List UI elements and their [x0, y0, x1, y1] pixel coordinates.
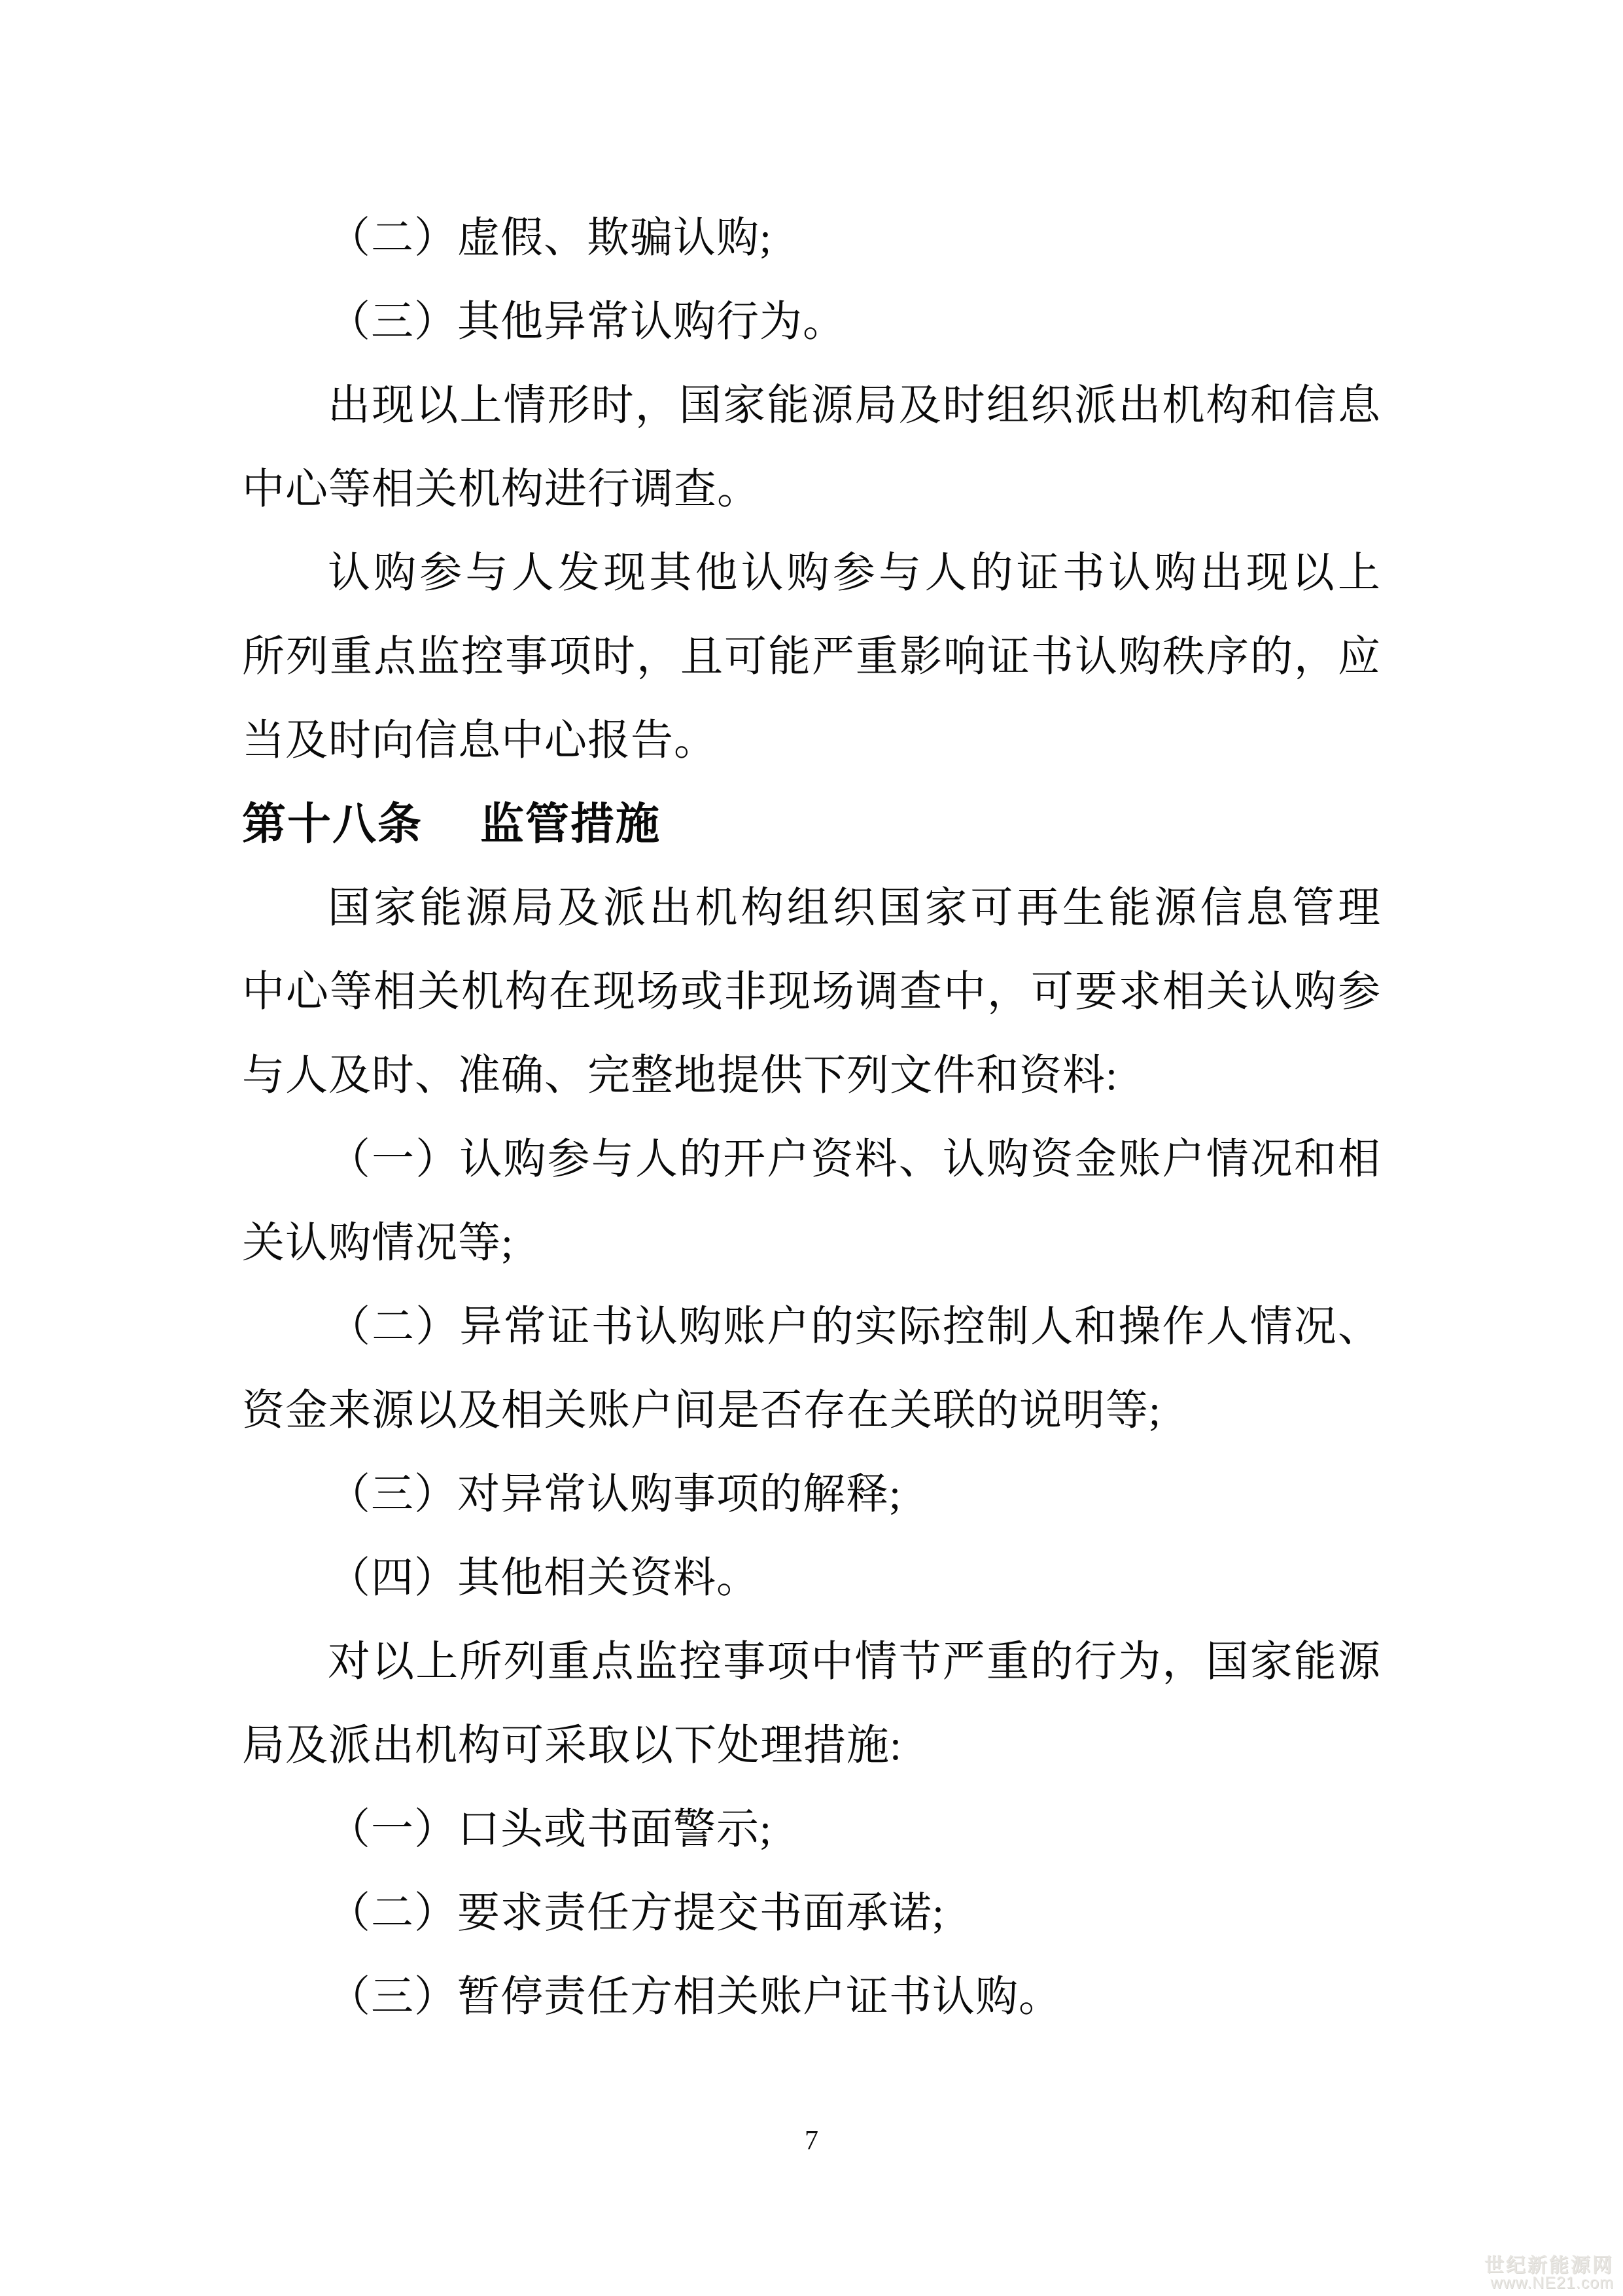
text-line: 中心等相关机构在现场或非现场调查中，可要求相关认购参 [242, 950, 1381, 1034]
text-line: 局及派出机构可采取以下处理措施: [242, 1704, 1381, 1788]
text-line: （一）认购参与人的开户资料、认购资金账户情况和相 [242, 1118, 1381, 1201]
watermark-site-url: www.NE21.com [1484, 2275, 1614, 2291]
document-body: （二）虚假、欺骗认购;（三）其他异常认购行为。出现以上情形时，国家能源局及时组织… [242, 196, 1381, 2039]
text-line: 中心等相关机构进行调查。 [242, 448, 1381, 531]
text-line: 关认购情况等; [242, 1201, 1381, 1285]
text-line: （二）虚假、欺骗认购; [242, 196, 1381, 280]
document-page: （二）虚假、欺骗认购;（三）其他异常认购行为。出现以上情形时，国家能源局及时组织… [0, 0, 1623, 2296]
text-line: （三）对异常认购事项的解释; [242, 1453, 1381, 1536]
text-line: （三）暂停责任方相关账户证书认购。 [242, 1955, 1381, 2039]
text-line: （二）异常证书认购账户的实际控制人和操作人情况、 [242, 1285, 1381, 1369]
text-line: 资金来源以及相关账户间是否存在关联的说明等; [242, 1369, 1381, 1453]
text-line: 认购参与人发现其他认购参与人的证书认购出现以上 [242, 531, 1381, 615]
text-line: 国家能源局及派出机构组织国家可再生能源信息管理 [242, 866, 1381, 950]
text-line: 与人及时、准确、完整地提供下列文件和资料: [242, 1034, 1381, 1118]
section-title: 监管措施 [480, 800, 661, 849]
text-line: 当及时向信息中心报告。 [242, 699, 1381, 783]
text-line: （二）要求责任方提交书面承诺; [242, 1871, 1381, 1955]
section-heading: 第十八条监管措施 [242, 783, 1381, 866]
section-number: 第十八条 [242, 800, 423, 849]
watermark-site-name: 世纪新能源网 [1484, 2257, 1614, 2275]
text-line: （一）口头或书面警示; [242, 1788, 1381, 1871]
text-line: 对以上所列重点监控事项中情节严重的行为，国家能源 [242, 1620, 1381, 1704]
watermark: 世纪新能源网 www.NE21.com [1484, 2257, 1614, 2291]
page-number: 7 [0, 2125, 1623, 2157]
text-line: 所列重点监控事项时，且可能严重影响证书认购秩序的，应 [242, 615, 1381, 699]
text-line: （三）其他异常认购行为。 [242, 280, 1381, 364]
text-line: 出现以上情形时，国家能源局及时组织派出机构和信息 [242, 364, 1381, 448]
text-line: （四）其他相关资料。 [242, 1536, 1381, 1620]
